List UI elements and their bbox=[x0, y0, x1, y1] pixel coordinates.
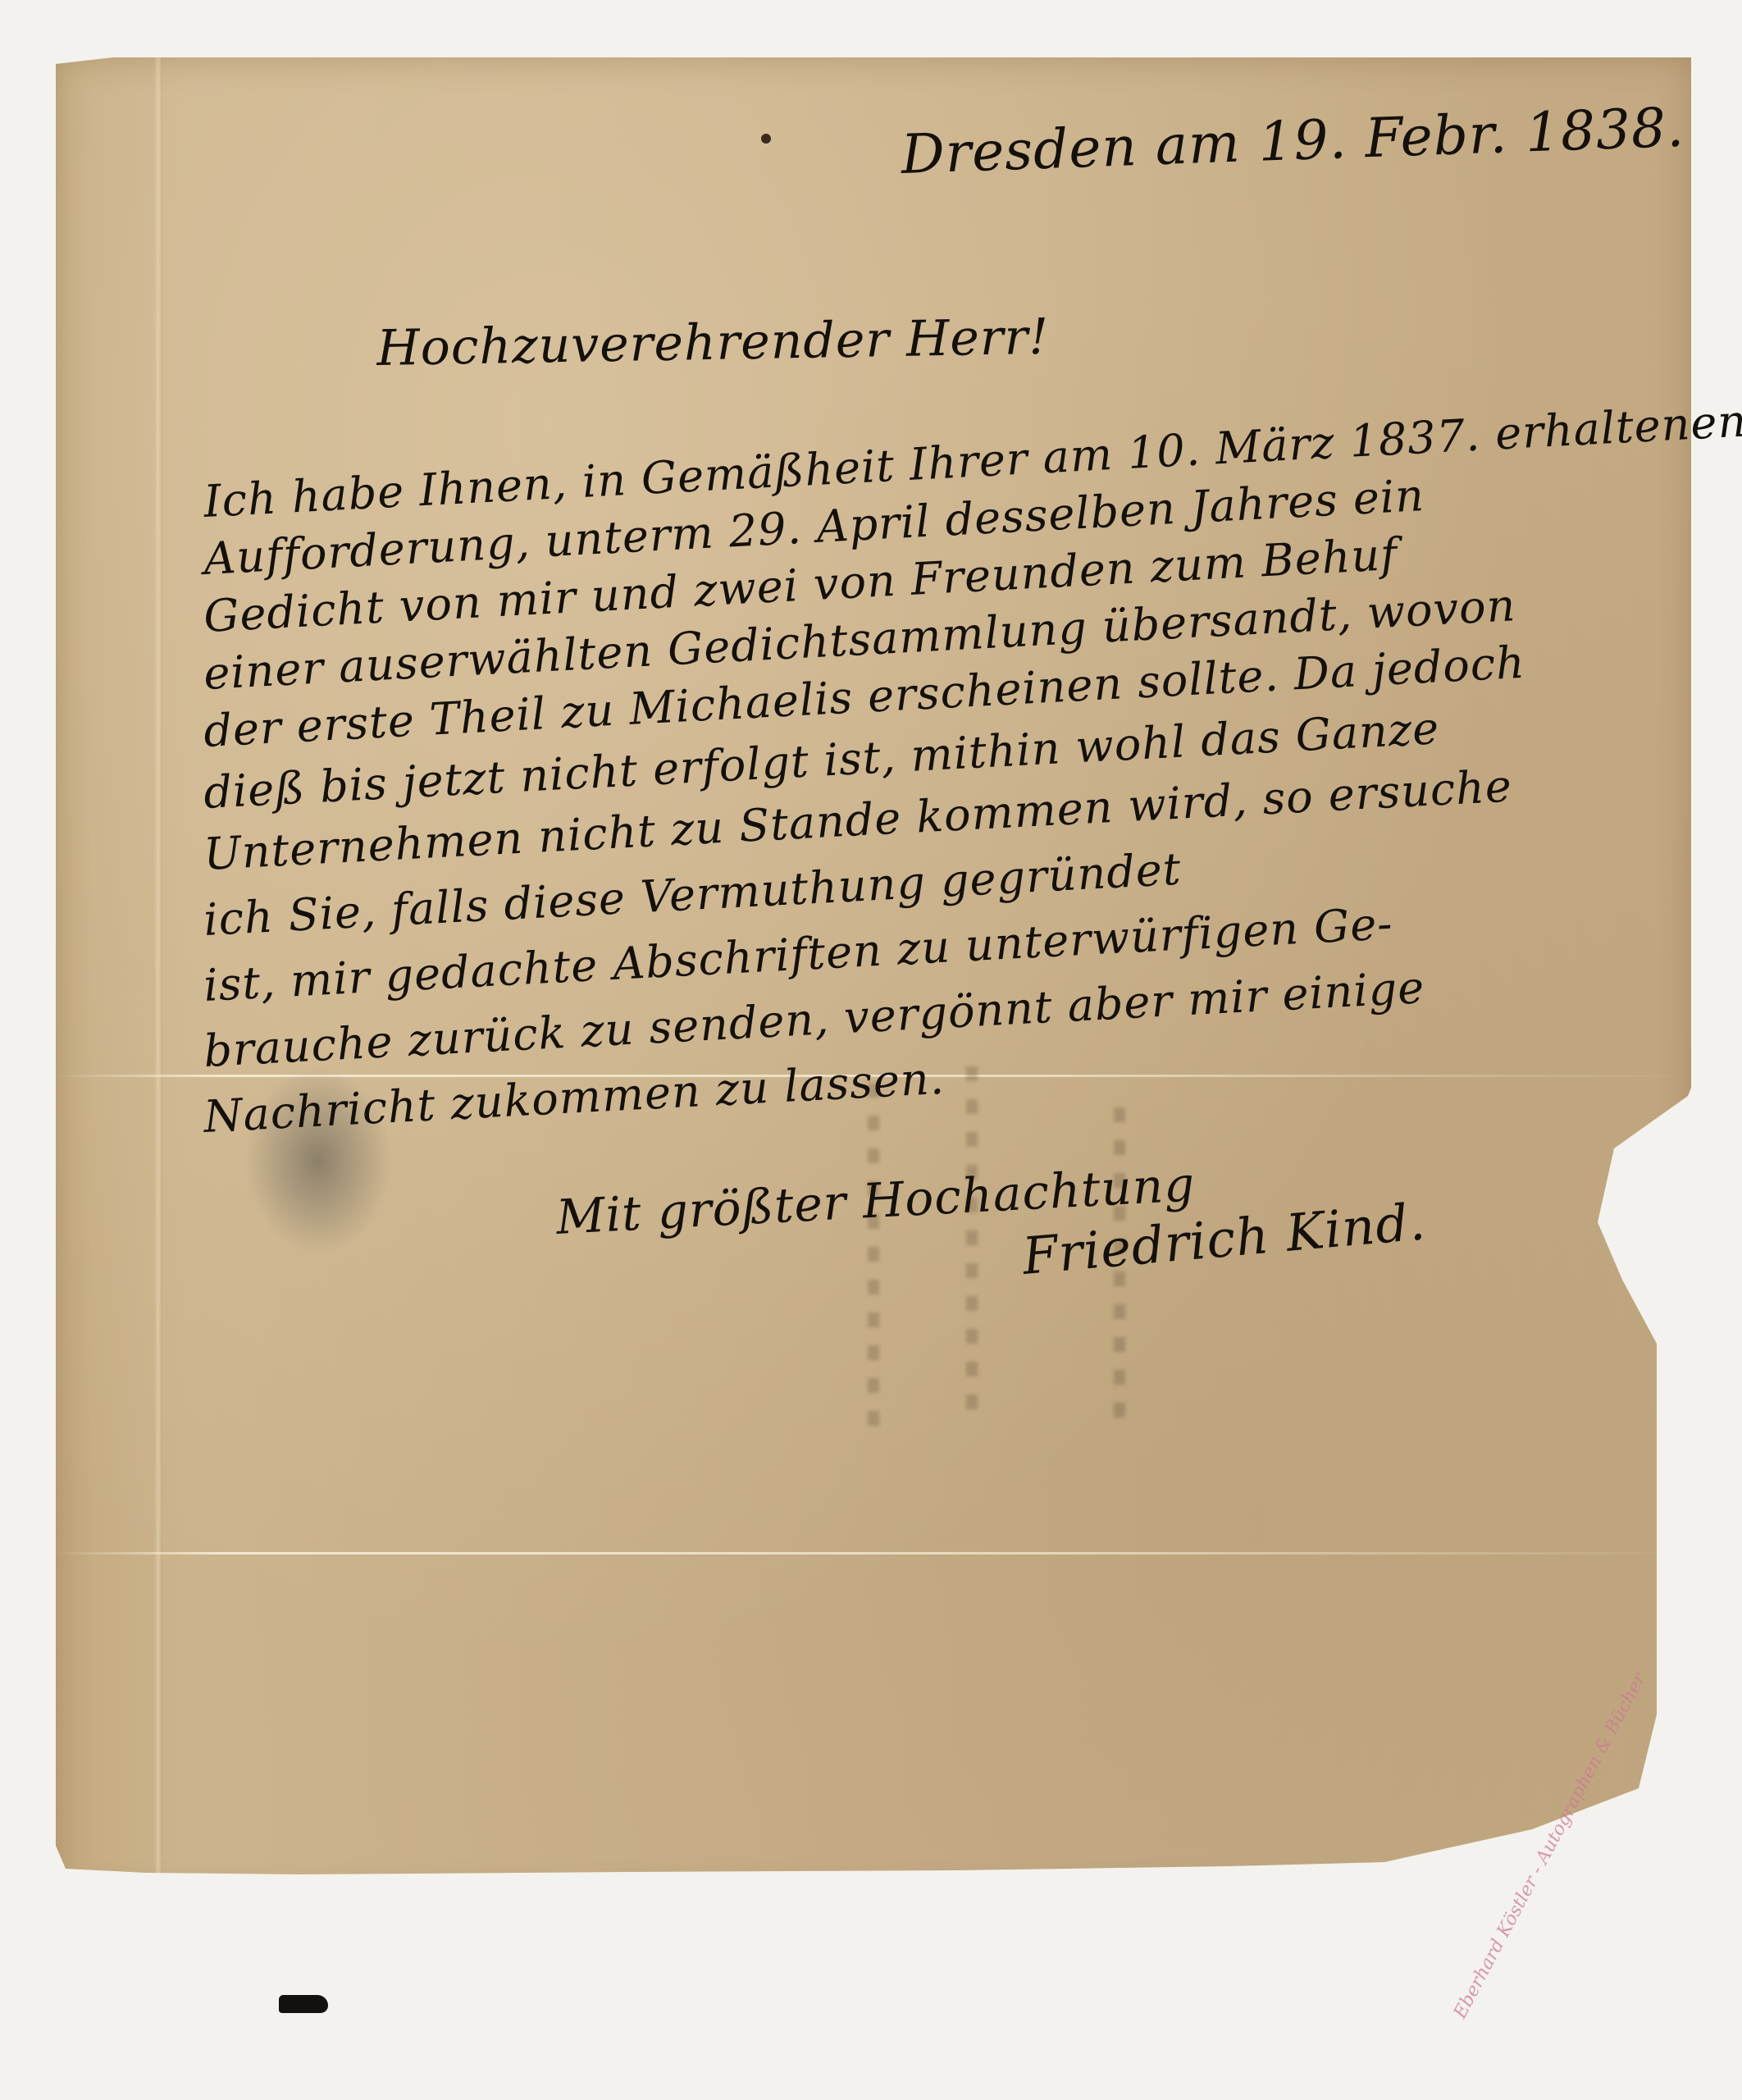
ink-bleedthrough-1 bbox=[868, 1083, 879, 1427]
ink-blot-bottom-left bbox=[279, 1995, 328, 2013]
scanned-letter-page: Dresden am 19. Febr. 1838. Hochzuverehre… bbox=[0, 0, 1742, 2100]
salutation: Hochzuverehrender Herr! bbox=[376, 308, 1050, 377]
horizontal-fold-crease-lower bbox=[56, 1552, 1691, 1554]
ink-dot-near-date bbox=[761, 134, 771, 144]
ink-bleedthrough-2 bbox=[966, 1066, 978, 1427]
vertical-fold-crease bbox=[154, 57, 162, 1895]
